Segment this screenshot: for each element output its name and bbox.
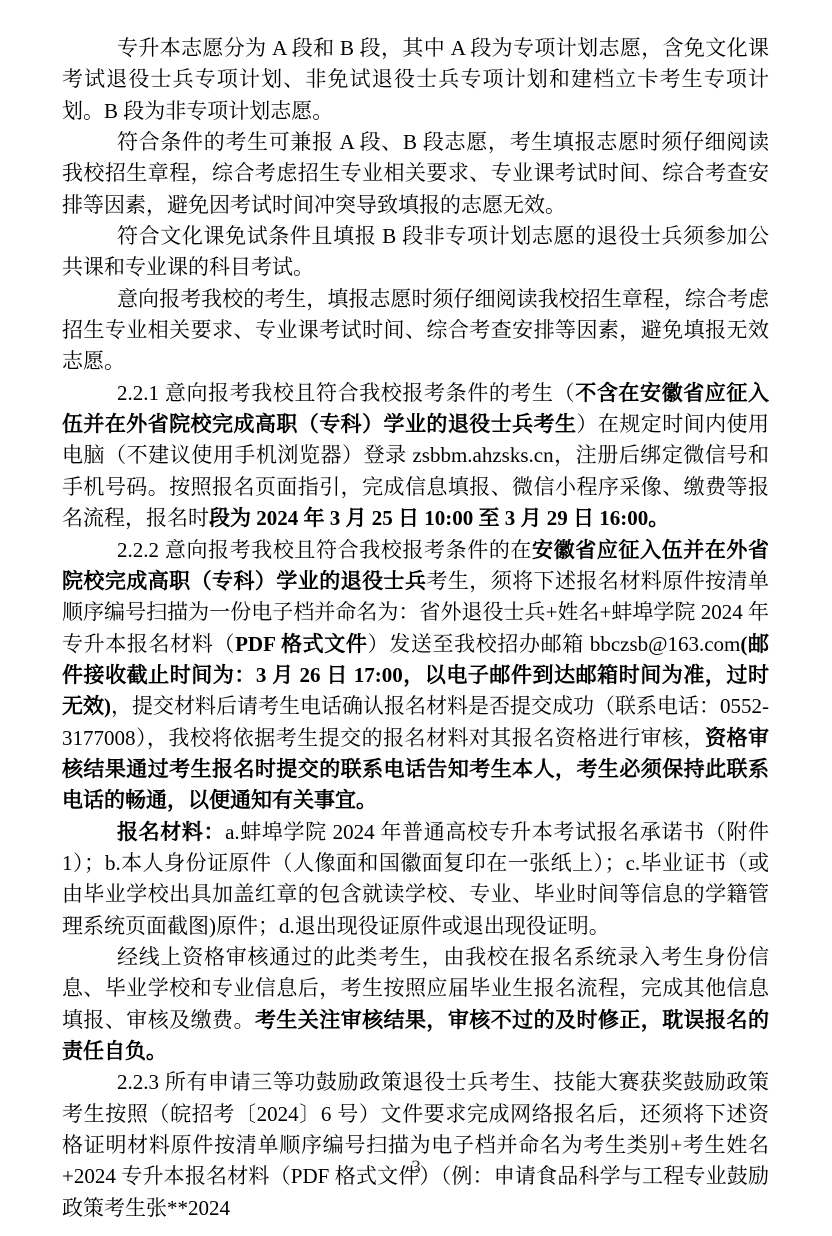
page-number: 3 xyxy=(0,1157,832,1179)
paragraph: 2.2.2 意向报考我校且符合我校报考条件的在安徽省应征入伍并在外省院校完成高职… xyxy=(62,535,769,817)
paragraph: 符合条件的考生可兼报 A 段、B 段志愿，考生填报志愿时须仔细阅读我校招生章程，… xyxy=(62,127,769,221)
text-run: 2.2.3 所有申请三等功鼓励政策退役士兵考生、技能大赛获奖鼓励政策考生按照（皖… xyxy=(62,1070,769,1219)
document-text: 专升本志愿分为 A 段和 B 段，其中 A 段为专项计划志愿，含免文化课考试退役… xyxy=(62,33,769,1224)
paragraph: 意向报考我校的考生，填报志愿时须仔细阅读我校招生章程，综合考虑招生专业相关要求、… xyxy=(62,284,769,378)
bold-text-run: 段为 2024 年 3 月 25 日 10:00 至 3 月 29 日 16:0… xyxy=(209,506,669,530)
paragraph: 2.2.1 意向报考我校且符合我校报考条件的考生（不含在安徽省应征入伍并在外省院… xyxy=(62,378,769,535)
paragraph: 经线上资格审核通过的此类考生，由我校在报名系统录入考生身份信息、毕业学校和专业信… xyxy=(62,942,769,1067)
bold-text-run: PDF 格式文件 xyxy=(235,632,367,656)
paragraph: 报名材料：a.蚌埠学院 2024 年普通高校专升本考试报名承诺书（附件 1）；b… xyxy=(62,817,769,942)
text-run: 符合条件的考生可兼报 A 段、B 段志愿，考生填报志愿时须仔细阅读我校招生章程，… xyxy=(62,130,769,217)
paragraph: 2.2.3 所有申请三等功鼓励政策退役士兵考生、技能大赛获奖鼓励政策考生按照（皖… xyxy=(62,1067,769,1224)
document-page: 专升本志愿分为 A 段和 B 段，其中 A 段为专项计划志愿，含免文化课考试退役… xyxy=(0,0,832,1236)
text-run: 2.2.2 意向报考我校且符合我校报考条件的在 xyxy=(117,538,532,562)
text-run: ）发送至我校招办邮箱 bbczsb@163.com xyxy=(368,632,741,656)
text-run: 符合文化课免试条件且填报 B 段非专项计划志愿的退役士兵须参加公共课和专业课的科… xyxy=(62,224,769,279)
text-run: ，提交材料后请考生电话确认报名材料是否提交成功（联系电话：0552-317700… xyxy=(62,694,769,749)
text-run: 意向报考我校的考生，填报志愿时须仔细阅读我校招生章程，综合考虑招生专业相关要求、… xyxy=(62,287,769,374)
text-run: 2.2.1 意向报考我校且符合我校报考条件的考生（ xyxy=(117,381,575,405)
text-run: 专升本志愿分为 A 段和 B 段，其中 A 段为专项计划志愿，含免文化课考试退役… xyxy=(62,36,769,123)
paragraph: 符合文化课免试条件且填报 B 段非专项计划志愿的退役士兵须参加公共课和专业课的科… xyxy=(62,221,769,284)
paragraph: 专升本志愿分为 A 段和 B 段，其中 A 段为专项计划志愿，含免文化课考试退役… xyxy=(62,33,769,127)
bold-text-run: 报名材料： xyxy=(117,820,225,844)
